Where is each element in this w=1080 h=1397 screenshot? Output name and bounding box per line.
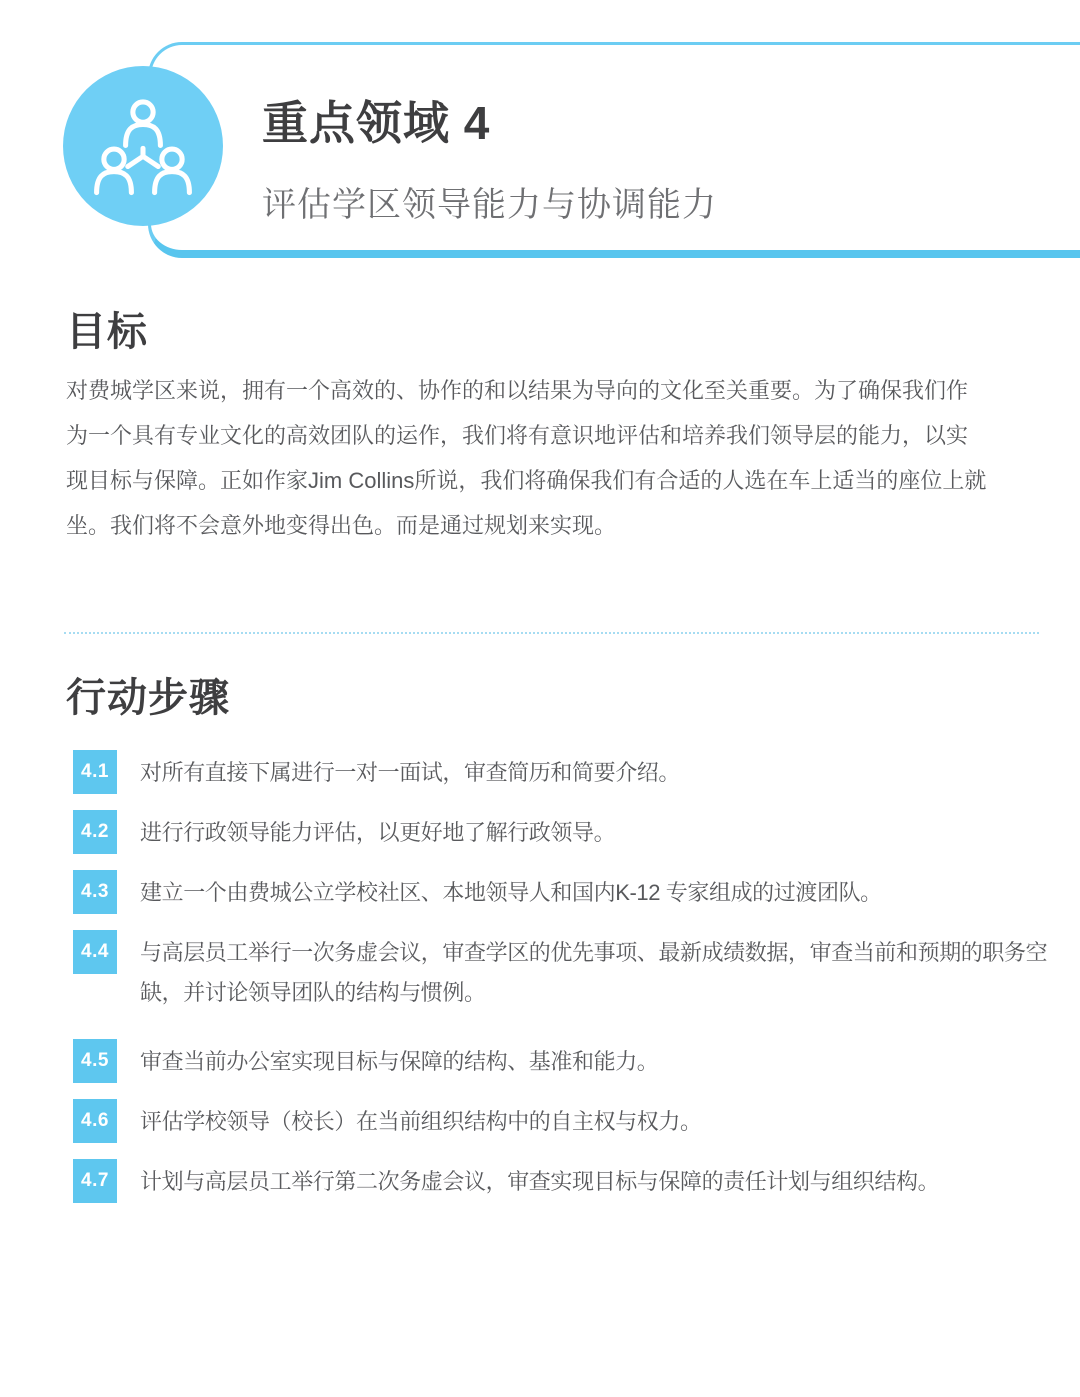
- step-number-badge: 4.2: [73, 810, 117, 854]
- step-number-badge: 4.6: [73, 1099, 117, 1143]
- action-step-row-4-2: 4.2 进行行政领导能力评估，以更好地了解行政领导。: [73, 810, 1080, 854]
- step-text: 评估学校领导（校长）在当前组织结构中的自主权与权力。: [140, 1099, 1080, 1142]
- focus-area-badge-circle: [63, 66, 223, 226]
- action-step-row-4-1: 4.1 对所有直接下属进行一对一面试，审查简历和简要介绍。: [73, 750, 1080, 794]
- action-step-row-4-4: 4.4 与高层员工举行一次务虚会议，审查学区的优先事项、最新成绩数据，审查当前和…: [73, 930, 1080, 1013]
- step-number-badge: 4.5: [73, 1039, 117, 1083]
- action-step-row-4-6: 4.6 评估学校领导（校长）在当前组织结构中的自主权与权力。: [73, 1099, 1080, 1143]
- goal-paragraph: 对费城学区来说，拥有一个高效的、协作的和以结果为导向的文化至关重要。为了确保我们…: [66, 368, 988, 548]
- step-text: 审查当前办公室实现目标与保障的结构、基准和能力。: [140, 1039, 1080, 1082]
- actions-section-heading: 行动步骤: [66, 666, 230, 723]
- step-number-badge: 4.3: [73, 870, 117, 914]
- step-text: 进行行政领导能力评估，以更好地了解行政领导。: [140, 810, 1080, 853]
- dotted-divider: [64, 632, 1039, 634]
- step-text: 建立一个由费城公立学校社区、本地领导人和国内K-12 专家组成的过渡团队。: [140, 870, 1080, 913]
- action-step-row-4-3: 4.3 建立一个由费城公立学校社区、本地领导人和国内K-12 专家组成的过渡团队…: [73, 870, 1080, 914]
- page-title: 重点领域 4: [262, 96, 717, 151]
- document-page: 重点领域 4 评估学区领导能力与协调能力 目标 对费城学区来说，拥有一个高效的、…: [0, 0, 1080, 1397]
- step-number-badge: 4.4: [73, 930, 117, 974]
- action-step-row-4-5: 4.5 审查当前办公室实现目标与保障的结构、基准和能力。: [73, 1039, 1080, 1083]
- step-number-badge: 4.7: [73, 1159, 117, 1203]
- header-text-block: 重点领域 4 评估学区领导能力与协调能力: [262, 96, 717, 226]
- step-number-badge: 4.1: [73, 750, 117, 794]
- team-hierarchy-icon: [85, 86, 201, 207]
- goal-section-heading: 目标: [66, 300, 148, 357]
- step-text: 计划与高层员工举行第二次务虚会议，审查实现目标与保障的责任计划与组织结构。: [140, 1159, 1080, 1202]
- action-step-row-4-7: 4.7 计划与高层员工举行第二次务虚会议，审查实现目标与保障的责任计划与组织结构…: [73, 1159, 1080, 1203]
- action-steps-list: 4.1 对所有直接下属进行一对一面试，审查简历和简要介绍。 4.2 进行行政领导…: [73, 750, 1080, 1219]
- step-text: 对所有直接下属进行一对一面试，审查简历和简要介绍。: [140, 750, 1080, 793]
- page-subtitle: 评估学区领导能力与协调能力: [262, 177, 717, 226]
- step-text: 与高层员工举行一次务虚会议，审查学区的优先事项、最新成绩数据，审查当前和预期的职…: [140, 930, 1080, 1013]
